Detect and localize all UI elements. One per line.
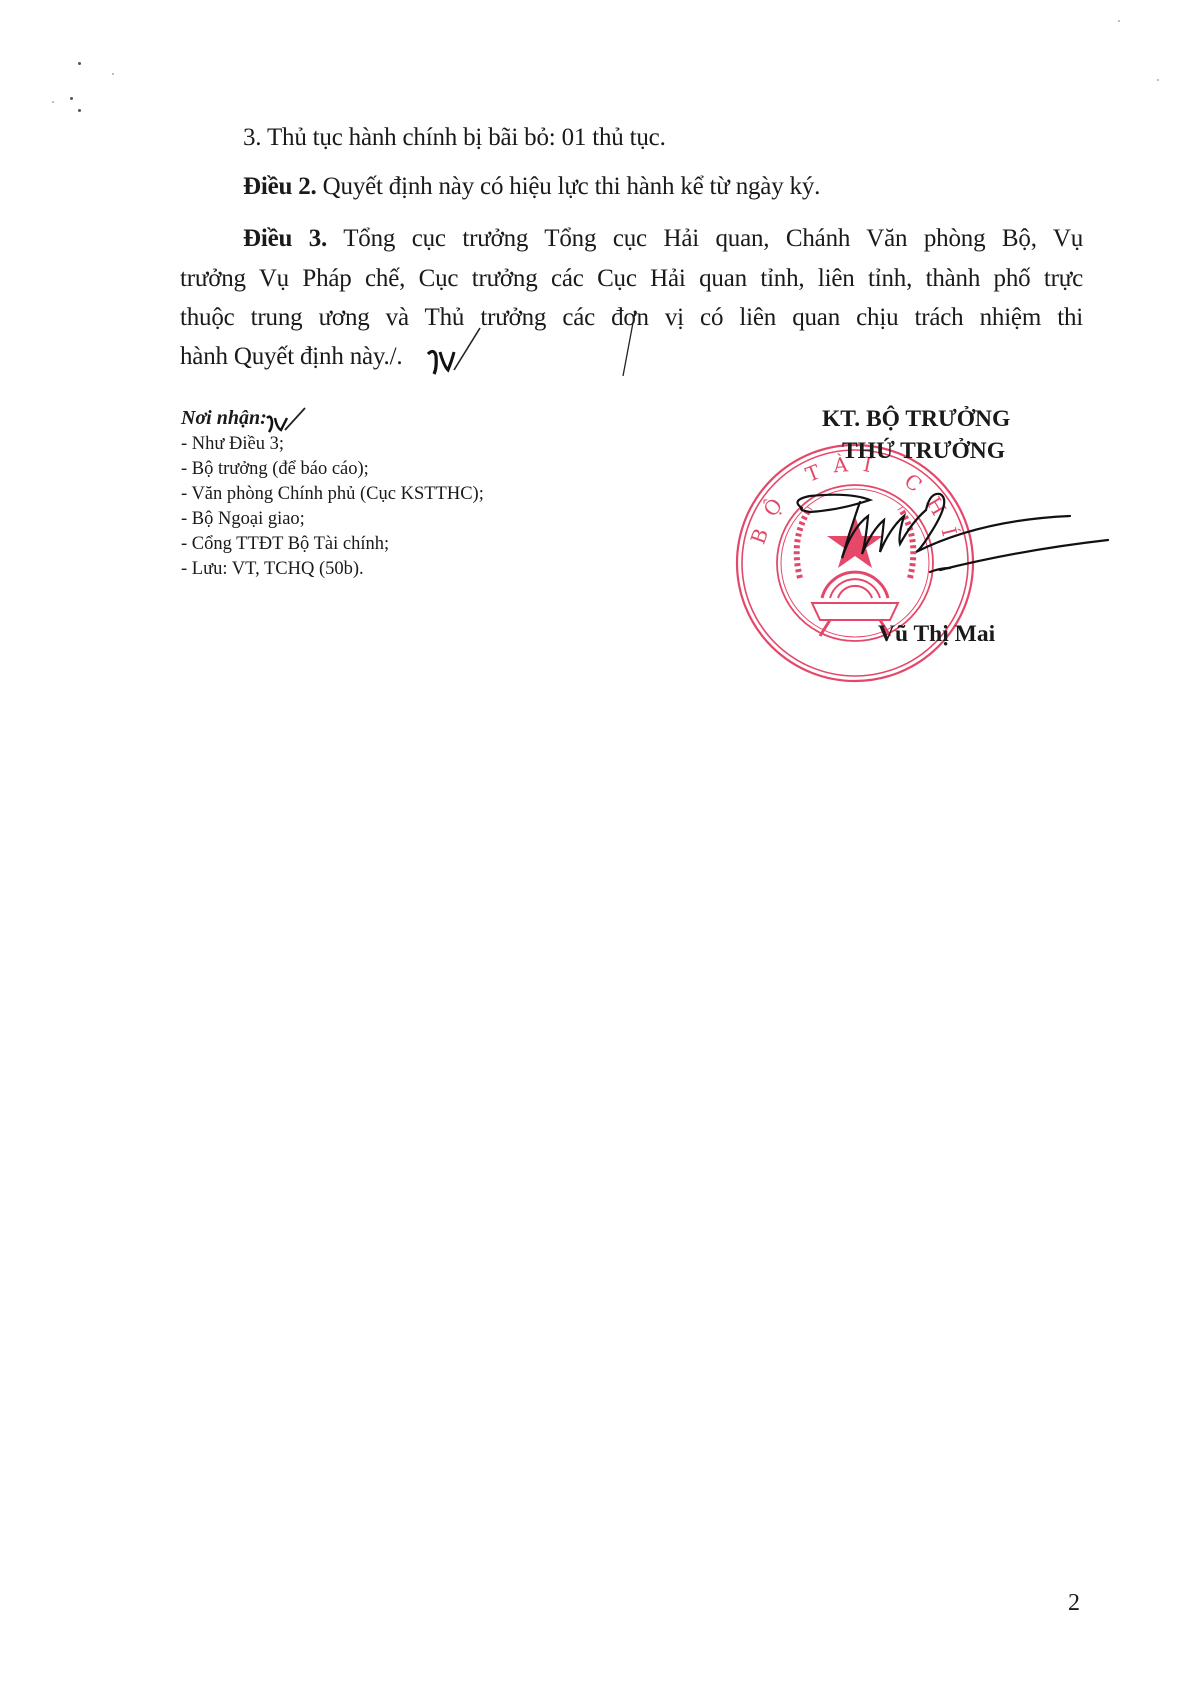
article-3-label: Điều 3. [243, 225, 327, 252]
scan-speck [70, 97, 73, 100]
signature-title-line-2: THỨ TRƯỞNG [842, 437, 1005, 465]
signer-name: Vũ Thị Mai [878, 620, 995, 648]
signature-title-line-1: KT. BỘ TRƯỞNG [822, 405, 1010, 433]
article-3-line-1: Điều 3. Tổng cục trưởng Tổng cục Hải qua… [243, 224, 1083, 254]
recipients-title: Nơi nhận: [181, 406, 267, 430]
article-2-text: Quyết định này có hiệu lực thi hành kể t… [317, 173, 821, 200]
scan-speck [1157, 79, 1159, 81]
recipient-item: - Lưu: VT, TCHQ (50b). [181, 557, 364, 581]
item-3-text: 3. Thủ tục hành chính bị bãi bỏ: 01 thủ … [243, 123, 666, 153]
article-2: Điều 2. Quyết định này có hiệu lực thi h… [243, 172, 820, 202]
article-3-line-4: hành Quyết định này./. [180, 342, 402, 372]
recipient-item: - Cổng TTĐT Bộ Tài chính; [181, 532, 389, 556]
recipient-item: - Như Điều 3; [181, 432, 284, 456]
recipient-item: - Văn phòng Chính phủ (Cục KSTTHC); [181, 482, 484, 506]
article-3-text: Tổng cục trưởng Tổng cục Hải quan, Chánh… [327, 225, 1083, 252]
article-3-line-2: trưởng Vụ Pháp chế, Cục trưởng các Cục H… [180, 264, 1083, 294]
scan-speck [52, 101, 54, 103]
scan-speck [78, 109, 81, 112]
signature-stroke-icon [617, 310, 637, 380]
scan-speck [1118, 20, 1120, 22]
scan-speck [112, 73, 114, 75]
scan-speck [78, 62, 81, 65]
article-2-label: Điều 2. [243, 173, 317, 200]
recipient-item: - Bộ trưởng (để báo cáo); [181, 457, 369, 481]
recipient-item: - Bộ Ngoại giao; [181, 507, 305, 531]
handwritten-signature-icon [780, 480, 1120, 620]
page-number: 2 [1068, 1590, 1080, 1617]
handwritten-initial-icon [424, 326, 484, 386]
document-page: 3. Thủ tục hành chính bị bãi bỏ: 01 thủ … [0, 0, 1190, 1704]
handwritten-initial-icon [263, 404, 307, 434]
